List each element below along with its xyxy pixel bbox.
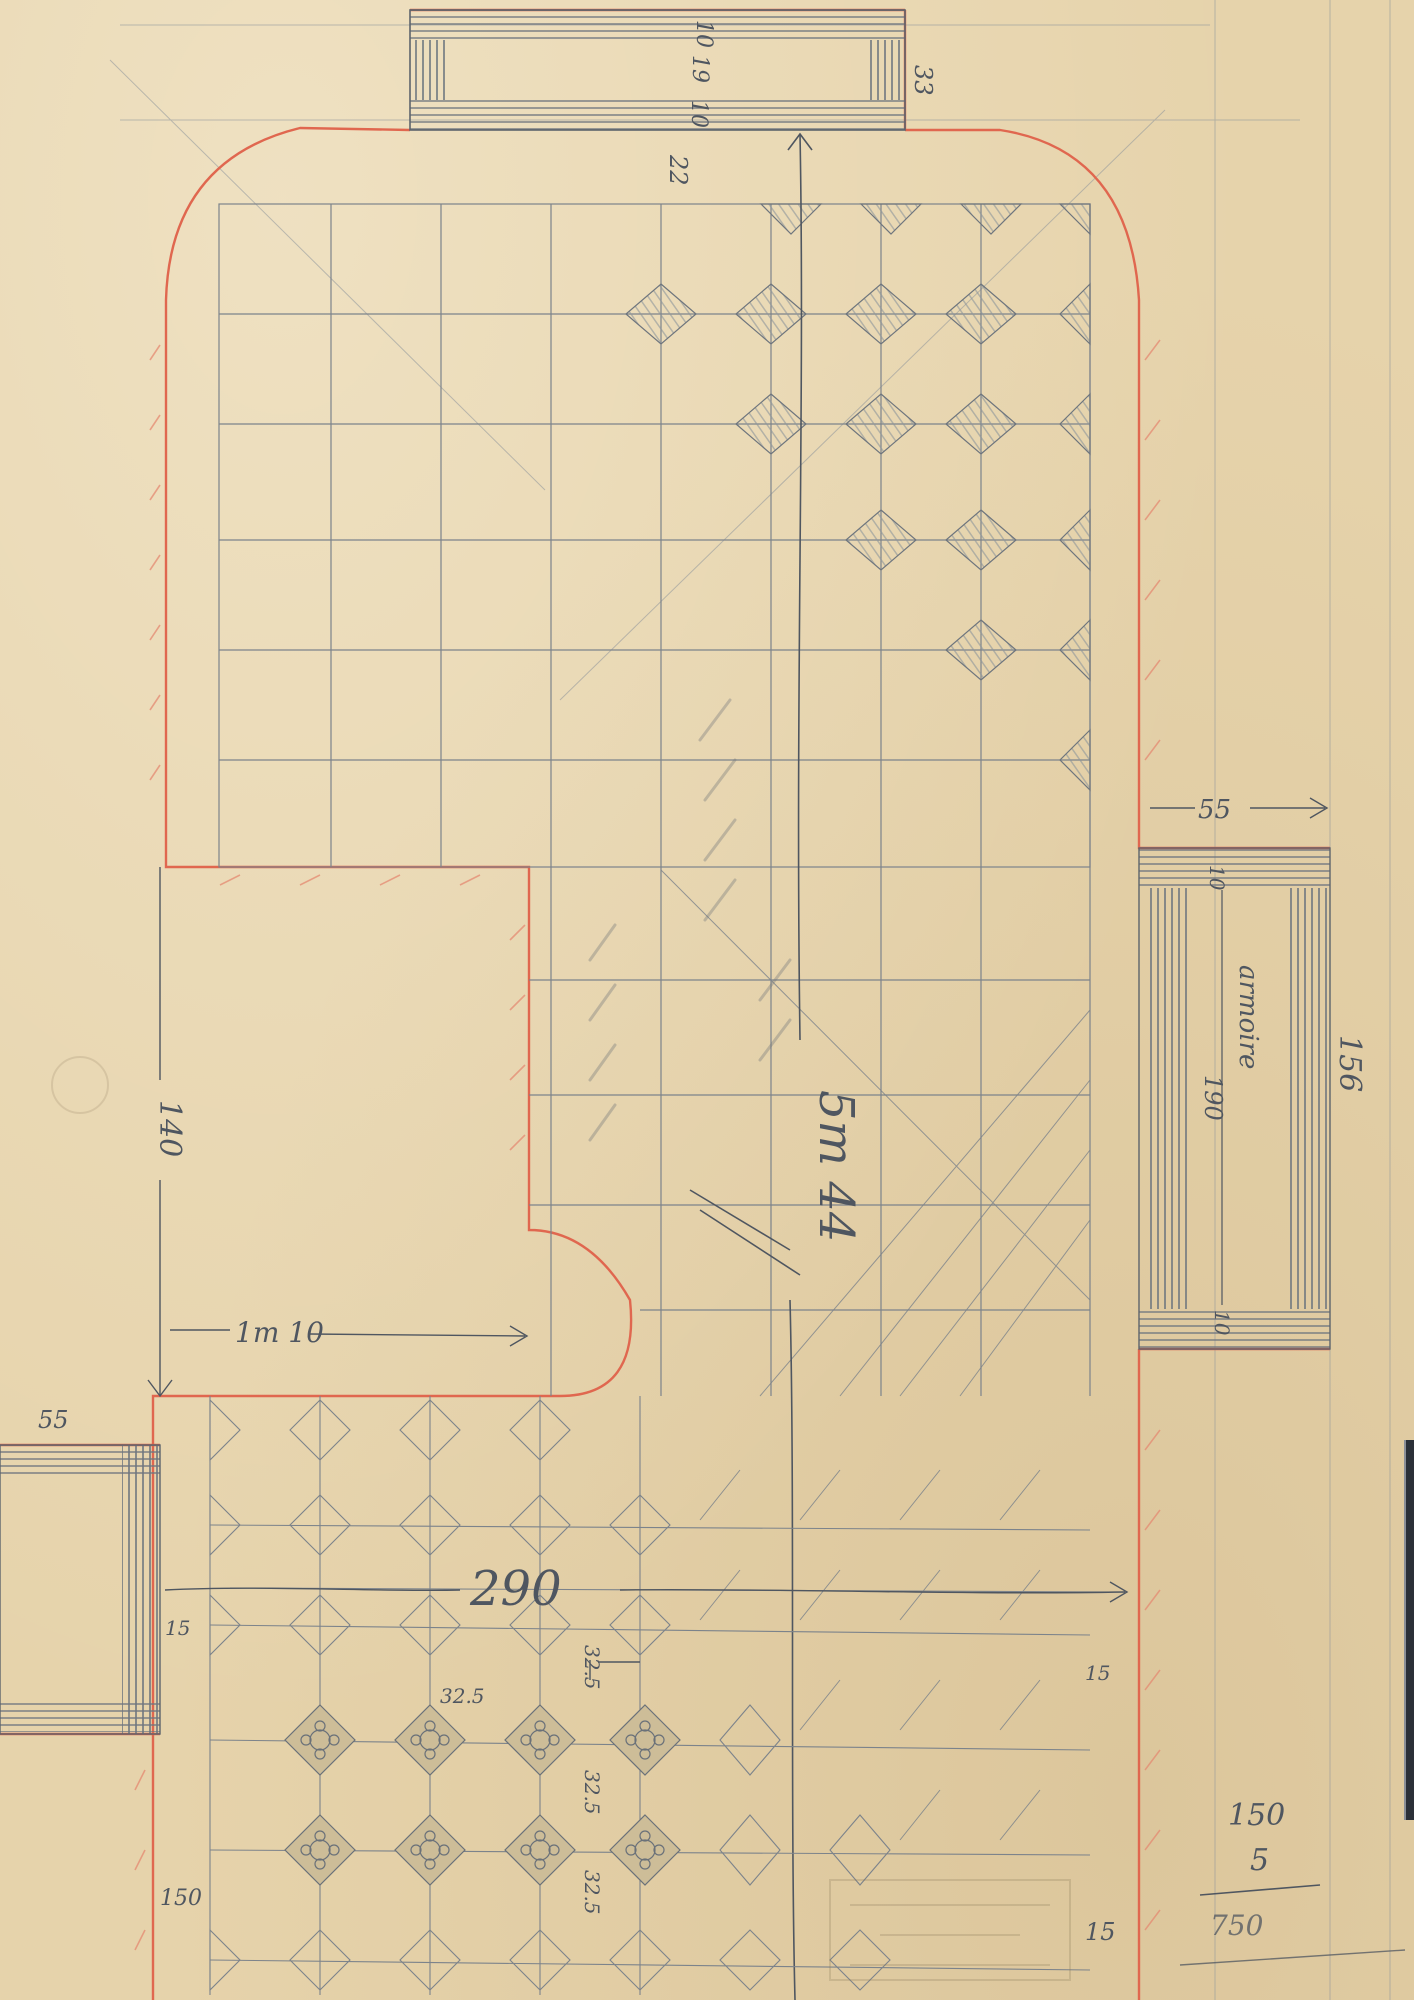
pencil-smudges (590, 700, 790, 1140)
label-left-height: 140 (152, 1100, 187, 1157)
label-left-window-offset: 55 (38, 1406, 69, 1434)
construction-lines (110, 0, 1390, 2000)
label-top-clearance: 22 (664, 154, 692, 186)
lower-open-diamonds (210, 1400, 890, 1990)
rosette-tile (395, 1815, 465, 1885)
rosette-tiles (285, 1705, 680, 1885)
blind-stamp (830, 1880, 1070, 1980)
rosette-tile (395, 1705, 465, 1775)
label-fireplace-depth-a: 19 (687, 55, 712, 83)
rosette-tile (505, 1705, 575, 1775)
calc-a: 150 (1228, 1798, 1285, 1833)
label-tile-spacing-v3: 32.5 (580, 1870, 604, 1915)
label-fireplace-side: 33 (909, 65, 937, 96)
calc-result: 750 (1210, 1909, 1263, 1942)
label-center-length: 5m 44 (808, 1090, 864, 1242)
label-right-window-inner: 190 (1199, 1075, 1227, 1121)
label-tile-spacing-h: 32.5 (440, 1684, 485, 1708)
page-edge-binding (1404, 1440, 1414, 1820)
round-stamp (52, 1057, 108, 1113)
label-right-window-offset: 55 (1198, 795, 1231, 825)
upper-tile-grid (219, 204, 1090, 1396)
label-right-window-bottom: 10 (1210, 1310, 1234, 1336)
rosette-tile (505, 1815, 575, 1885)
label-bottom-left: 150 (160, 1886, 202, 1911)
width-dimension (165, 1582, 1127, 1680)
fireplace-top (410, 10, 905, 130)
label-left-margin: 15 (165, 1616, 190, 1640)
label-right-window-top: 10 (1205, 865, 1229, 891)
label-bottom-right: 15 (1085, 1918, 1116, 1946)
rosette-tile (285, 1705, 355, 1775)
calculation-note: 150 5 750 (1180, 1798, 1405, 1965)
shaded-diamond-tiles (626, 204, 1090, 790)
left-window (0, 1445, 160, 1734)
window-offset-arrow (1150, 798, 1327, 818)
label-right-margin: 15 (1085, 1661, 1110, 1685)
label-armoire: armoire (1233, 965, 1263, 1069)
label-tile-spacing-v1: 32.5 (580, 1645, 604, 1690)
label-right-window-total: 156 (1332, 1035, 1367, 1092)
left-dimension (148, 867, 527, 1396)
label-room-width: 290 (469, 1561, 562, 1617)
right-window (1139, 848, 1330, 1349)
drawing-sheet: 10 19 10 33 22 55 10 10 armoire 190 156 … (0, 0, 1414, 2000)
label-fireplace-top: 10 (691, 20, 716, 48)
label-fireplace-depth-b: 10 (686, 100, 711, 128)
rosette-tile (610, 1815, 680, 1885)
rosette-tile (285, 1815, 355, 1885)
label-tile-spacing-v2: 32.5 (580, 1770, 604, 1815)
label-alcove-width: 1m 10 (235, 1316, 324, 1349)
rosette-tile (610, 1705, 680, 1775)
lower-diagonal-hatching (700, 1470, 1040, 1840)
diagonal-hatch-area (661, 870, 1090, 1396)
calc-b: 5 (1250, 1843, 1269, 1878)
floor-plan: 10 19 10 33 22 55 10 10 armoire 190 156 … (0, 0, 1414, 2000)
